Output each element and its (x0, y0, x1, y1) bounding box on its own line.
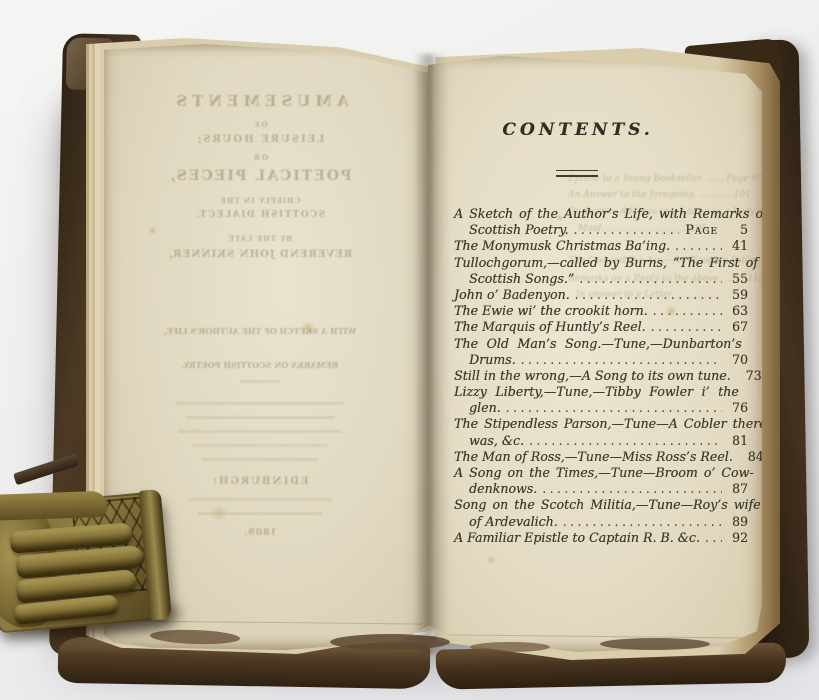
ghost-toc-line: An Answer to the foregoing. ........... … (568, 190, 751, 200)
hand-thumb (0, 491, 108, 521)
clip-base-plate (0, 491, 172, 634)
toc-line: The Man of Ross,—Tune—Miss Ross’s Reel.8… (454, 449, 748, 465)
toc-line: A Sketch of the Author’s Life, with Rema… (454, 206, 748, 222)
ghost-title-line: POETICAL PIECES, (140, 168, 380, 184)
double-rule-divider (556, 170, 598, 177)
ghost-title-line: OR (140, 153, 380, 162)
ghost-text-smudge (178, 430, 342, 433)
dot-leader (542, 481, 722, 496)
toc-text: Lizzy Liberty,—Tune,—Tibby Fowler i’ the (454, 384, 739, 399)
foxing-stain (664, 306, 678, 316)
toc-text: The Old Man’s Song.—Tune,—Dunbarton’s (454, 336, 742, 351)
toc-text: of Ardevalich. (454, 514, 558, 529)
worn-leather-patch (330, 634, 450, 650)
dot-leader (675, 238, 722, 253)
dot-leader (506, 400, 722, 415)
dot-leader (563, 514, 722, 529)
ghost-title-line: SCOTTISH DIALECT. (140, 210, 380, 220)
toc-line: Drums.70 (454, 352, 748, 368)
toc-text: Scottish Poetry. (454, 222, 569, 237)
toc-text: glen. (454, 400, 501, 415)
page-number: 92 (726, 530, 748, 545)
toc-line: was, &c.81 (454, 433, 748, 449)
page-number: 84 (742, 449, 764, 464)
toc-line: The Ewie wi’ the crookit horn.63 (454, 303, 748, 319)
ghost-title-line: OF (140, 120, 380, 129)
page-number: 70 (726, 352, 748, 367)
foxing-stain (208, 506, 230, 520)
dot-leader (521, 352, 722, 367)
toc-line: denknows.87 (454, 481, 748, 497)
ghost-title-line: REMARKS ON SCOTTISH POETRY. (140, 360, 380, 370)
page-crease (448, 634, 754, 640)
dot-leader (574, 222, 680, 237)
toc-text: was, &c. (454, 433, 524, 448)
page-number: 81 (726, 433, 748, 448)
page-number: 73 (740, 368, 762, 383)
gutter-shadow (414, 54, 448, 654)
right-page-contents: Epistle to a Young Bookseller. ...... Pa… (428, 56, 762, 652)
toc-line: The Monymusk Christmas Ba’ing.41 (454, 238, 748, 254)
foxing-stain (148, 226, 157, 235)
ghost-text-smudge (192, 444, 328, 447)
page-number: 67 (726, 319, 748, 334)
page-number: 87 (726, 481, 748, 496)
toc-text: The Monymusk Christmas Ba’ing. (454, 238, 670, 253)
page-number: 41 (726, 238, 748, 253)
toc-text: The Man of Ross,—Tune—Miss Ross’s Reel. (454, 449, 733, 464)
toc-text: John o’ Badenyon. (454, 287, 570, 302)
toc-text: A Familiar Epistle to Captain R. B. &c. (454, 530, 700, 545)
contents-heading: CONTENTS. (428, 120, 728, 140)
ghost-rule (240, 380, 280, 383)
toc-line: The Old Man’s Song.—Tune,—Dunbarton’s (454, 336, 748, 352)
toc-text: A Sketch of the Author’s Life, with Rema… (454, 206, 771, 221)
toc-text: Drums. (454, 352, 516, 367)
toc-line: of Ardevalich.89 (454, 514, 748, 530)
toc-line: The Marquis of Huntly’s Reel.67 (454, 319, 748, 335)
ghost-title-line: AMUSEMENTS (140, 92, 380, 110)
table-of-contents: A Sketch of the Author’s Life, with Rema… (454, 206, 748, 546)
page-number: 89 (726, 514, 748, 529)
toc-line: A Familiar Epistle to Captain R. B. &c.9… (454, 530, 748, 546)
page-number: 59 (726, 287, 748, 302)
toc-line: Scottish Songs.”55 (454, 271, 748, 287)
foxing-stain (300, 322, 316, 334)
toc-text: Tullochgorum,—called by Burns, “The Firs… (454, 255, 758, 270)
dot-leader (705, 530, 722, 545)
ghost-title-line: BY THE LATE (140, 234, 380, 243)
toc-line: Still in the wrong,—A Song to its own tu… (454, 368, 748, 384)
foxing-stain (486, 556, 496, 564)
toc-text: The Ewie wi’ the crookit horn. (454, 303, 648, 318)
toc-line: glen.76 (454, 400, 748, 416)
ghost-title-line: WITH A SKETCH OF THE AUTHOR’S LIFE, (140, 326, 380, 336)
ghost-text-smudge (188, 498, 332, 501)
worn-leather-patch (470, 642, 550, 652)
toc-line: Scottish Poetry.Page5 (454, 222, 748, 238)
toc-line: Song on the Scotch Militia,—Tune—Roy’s w… (454, 497, 748, 513)
ghost-text-smudge (202, 458, 318, 461)
ghost-text-smudge (175, 402, 345, 405)
clip-raised-rim (139, 489, 172, 620)
toc-line: The Stipendless Parson,—Tune—A Cobler th… (454, 416, 748, 432)
dot-leader (575, 287, 722, 302)
toc-text: The Marquis of Huntly’s Reel. (454, 319, 646, 334)
toc-text: Scottish Songs.” (454, 271, 574, 286)
foxing-stain (556, 214, 564, 222)
toc-line: Tullochgorum,—called by Burns, “The Firs… (454, 255, 748, 271)
page-number: 5 (726, 222, 748, 237)
page-number: 55 (726, 271, 748, 286)
ghost-title-line: LEISURE HOURS; (140, 134, 380, 145)
toc-text: A Song on the Times,—Tune—Broom o’ Cow- (454, 465, 754, 480)
ghost-title-line: CHIEFLY IN THE (140, 196, 380, 205)
dot-leader (579, 271, 722, 286)
page-word: Page (685, 222, 718, 237)
toc-line: Lizzy Liberty,—Tune,—Tibby Fowler i’ the (454, 384, 748, 400)
toc-text: Song on the Scotch Militia,—Tune—Roy’s w… (454, 497, 761, 512)
worn-leather-patch (600, 638, 710, 650)
clip-arm (13, 454, 79, 486)
page-number: 63 (726, 303, 748, 318)
page-number: 76 (726, 400, 748, 415)
toc-text: denknows. (454, 481, 537, 496)
ghost-text-smudge (185, 416, 335, 419)
brass-hand-page-clip (0, 453, 189, 642)
dot-leader (529, 433, 722, 448)
toc-line: John o’ Badenyon.59 (454, 287, 748, 303)
book-photograph: AMUSEMENTS OF LEISURE HOURS; OR POETICAL… (0, 0, 819, 700)
toc-text: The Stipendless Parson,—Tune—A Cobler th… (454, 416, 767, 431)
dot-leader (651, 319, 722, 334)
toc-line: A Song on the Times,—Tune—Broom o’ Cow- (454, 465, 748, 481)
ghost-title-line: REVEREND JOHN SKINNER, (140, 249, 380, 260)
toc-text: Still in the wrong,—A Song to its own tu… (454, 368, 731, 383)
